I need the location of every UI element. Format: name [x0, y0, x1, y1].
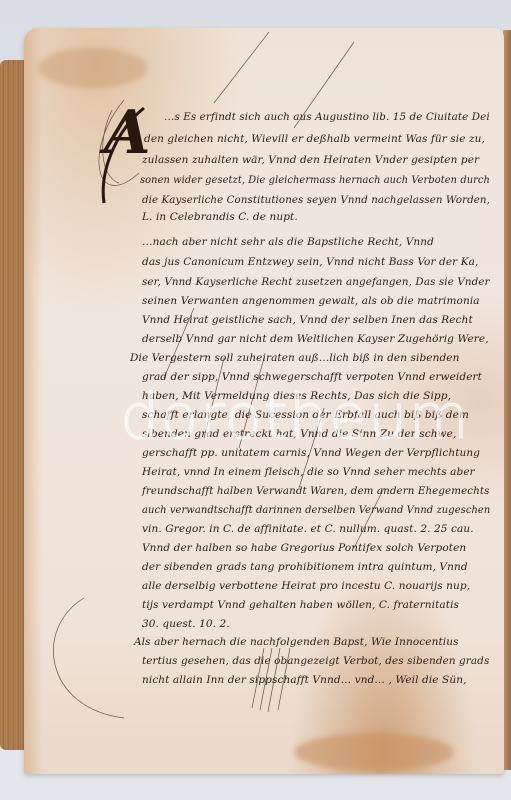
text-line: sonen wider gesetzt, Die gleichermass he… — [140, 174, 490, 186]
text-line: sibenden grad erstreckt hat, Vnnd die Si… — [142, 428, 456, 440]
text-line: auch verwandtschafft darinnen derselben … — [142, 504, 490, 516]
text-line: seinen Verwanten angenommen gewalt, als … — [142, 295, 480, 307]
text-line: …nach aber nicht sehr als die Bapstliche… — [142, 236, 434, 248]
text-line: den gleichen nicht, Wievill er deßhalb v… — [144, 133, 485, 145]
text-line: haben, Mit Vermeldung dieses Rechts, Das… — [142, 390, 451, 402]
text-line: 30. quest. 10. 2. — [142, 618, 230, 630]
text-line: Heirat, vnnd In einem fleisch, die so Vn… — [142, 466, 475, 478]
text-line: der sibenden grads tang prohibitionem in… — [142, 561, 468, 573]
text-line: das jus Canonicum Entzwey sein, Vnnd nic… — [142, 256, 478, 268]
text-line: tijs verdampt Vnnd gehalten haben wöllen… — [142, 599, 459, 611]
text-line: L. in Celebrandis C. de nupt. — [142, 211, 298, 223]
text-line: gerschafft pp. unitatem carnis, Vnnd Weg… — [142, 447, 480, 459]
text-line: nicht allain Inn der sippschafft Vnnd… v… — [142, 674, 467, 686]
text-line: alle derselbig verbottene Heirat pro inc… — [142, 580, 470, 592]
text-line: Vnnd Heirat geistliche sach, Vnnd der se… — [142, 314, 473, 326]
text-line: zulassen zuhalten wär, Vnnd den Heiraten… — [142, 154, 479, 166]
handwritten-text: A …s Es erfindt sich auch aus Augustino … — [24, 28, 504, 774]
text-line: derselb Vnnd gar nicht dem Weltlichen Ka… — [142, 333, 489, 345]
text-line: tertius gesehen, das die obangezeigt Ver… — [142, 655, 489, 667]
text-line: ser, Vnnd Kayserliche Recht zusetzen ang… — [142, 276, 490, 288]
text-line: Die Vergestern soll zuheiraten auß…lich … — [130, 352, 459, 364]
text-line: Als aber hernach die nachfolgenden Bapst… — [134, 636, 459, 648]
text-line: die Kayserliche Constitutiones seyen Vnn… — [142, 194, 490, 206]
book-page-edges-right — [503, 30, 511, 770]
manuscript-page: A …s Es erfindt sich auch aus Augustino … — [24, 28, 504, 774]
text-line: schafft erlangte, die Sucession der Erbf… — [142, 409, 469, 421]
text-line: vin. Gregor. in C. de affinitate. et C. … — [142, 523, 474, 535]
text-line: Vnnd der halben so habe Gregorius Pontif… — [142, 542, 466, 554]
text-line: freundschafft halben Verwandt Waren, dem… — [142, 485, 489, 497]
text-line: …s Es erfindt sich auch aus Augustino li… — [164, 111, 490, 123]
text-line: grad der sipp, Vnnd schwegerschafft verp… — [142, 371, 482, 383]
